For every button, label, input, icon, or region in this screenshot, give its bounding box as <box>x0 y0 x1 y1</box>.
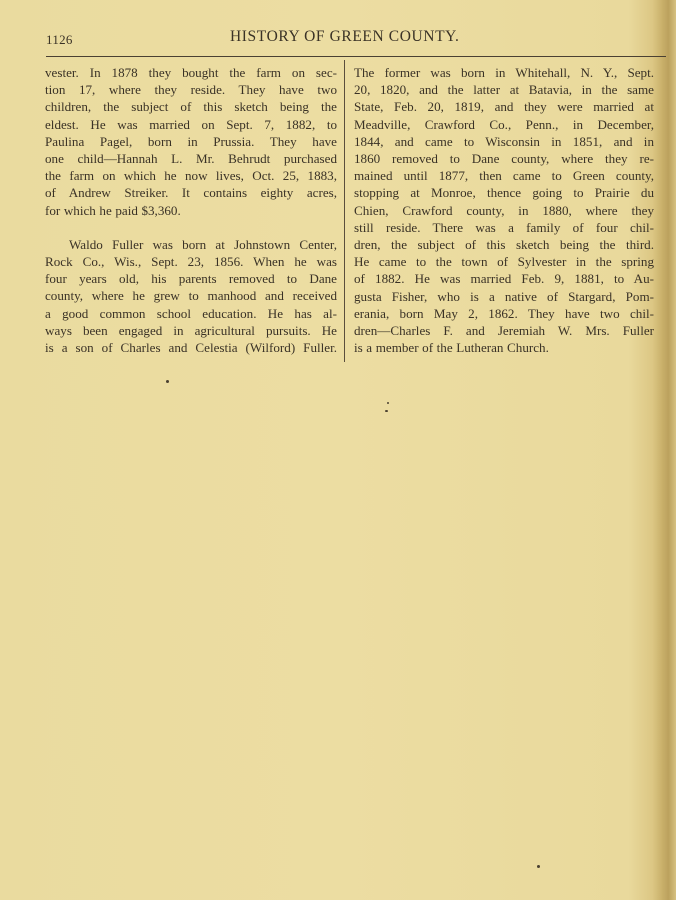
text-line: dren, the subject of this sketch being t… <box>354 236 654 253</box>
text-line: erania, born May 2, 1862. They have two … <box>354 305 654 322</box>
text-line: Waldo Fuller was born at Johnstown Cente… <box>45 236 337 253</box>
ink-speck <box>537 865 540 868</box>
text-line: is a son of Charles and Celestia (Wilfor… <box>45 339 337 356</box>
right-column: The former was born in Whitehall, N. Y.,… <box>354 64 654 356</box>
text-line: State, Feb. 20, 1819, and they were marr… <box>354 98 654 115</box>
text-line: of Andrew Streiker. It contains eighty a… <box>45 184 337 201</box>
text-line: 20, 1820, and the latter at Batavia, in … <box>354 81 654 98</box>
text-line: one child—Hannah L. Mr. Behrudt purchase… <box>45 150 337 167</box>
ink-speck <box>387 402 389 404</box>
text-line: Chien, Crawford county, in 1880, where t… <box>354 202 654 219</box>
text-line: still reside. There was a family of four… <box>354 219 654 236</box>
text-line: gusta Fisher, who is a native of Stargar… <box>354 288 654 305</box>
text-line: children, the subject of this sketch bei… <box>45 98 337 115</box>
paragraph-gap <box>45 219 337 236</box>
text-line: mained until 1877, then came to Green co… <box>354 167 654 184</box>
running-head: 1126 HISTORY OF GREEN COUNTY. <box>46 28 666 50</box>
text-line: The former was born in Whitehall, N. Y.,… <box>354 64 654 81</box>
text-line: 1860 removed to Dane county, where they … <box>354 150 654 167</box>
text-line: four years old, his parents removed to D… <box>45 270 337 287</box>
paragraph-waldo-fuller: Waldo Fuller was born at Johnstown Cente… <box>45 236 337 356</box>
text-line: of 1882. He was married Feb. 9, 1881, to… <box>354 270 654 287</box>
text-line: ways been engaged in agricultural pursui… <box>45 322 337 339</box>
text-line: tion 17, where they reside. They have tw… <box>45 81 337 98</box>
book-page: 1126 HISTORY OF GREEN COUNTY. vester. In… <box>0 0 676 900</box>
column-divider <box>344 60 345 362</box>
text-line: a good common school education. He has a… <box>45 305 337 322</box>
text-line: for which he paid $3,360. <box>45 202 337 219</box>
text-line: the farm on which he now lives, Oct. 25,… <box>45 167 337 184</box>
text-line: county, where he grew to manhood and rec… <box>45 287 337 304</box>
text-line: is a member of the Lutheran Church. <box>354 339 654 356</box>
header-rule <box>46 56 666 57</box>
text-line: vester. In 1878 they bought the farm on … <box>45 64 337 81</box>
text-line: He came to the town of Sylvester in the … <box>354 253 654 270</box>
text-line: eldest. He was married on Sept. 7, 1882,… <box>45 116 337 133</box>
text-line: dren—Charles F. and Jeremiah W. Mrs. Ful… <box>354 322 654 339</box>
running-title: HISTORY OF GREEN COUNTY. <box>230 28 459 46</box>
ink-speck <box>166 380 169 383</box>
ink-speck <box>385 410 388 412</box>
paragraph-fuller-parents: The former was born in Whitehall, N. Y.,… <box>354 64 654 356</box>
paragraph-behrudt: vester. In 1878 they bought the farm on … <box>45 64 337 219</box>
text-line: Meadville, Crawford Co., Penn., in Decem… <box>354 116 654 133</box>
left-column: vester. In 1878 they bought the farm on … <box>45 64 337 356</box>
page-edge-shadow <box>662 0 676 900</box>
text-line: stopping at Monroe, thence going to Prai… <box>354 184 654 201</box>
text-line: 1844, and came to Wisconsin in 1851, and… <box>354 133 654 150</box>
text-line: Paulina Pagel, born in Prussia. They hav… <box>45 133 337 150</box>
text-line: Rock Co., Wis., Sept. 23, 1856. When he … <box>45 253 337 270</box>
page-number: 1126 <box>46 32 73 48</box>
